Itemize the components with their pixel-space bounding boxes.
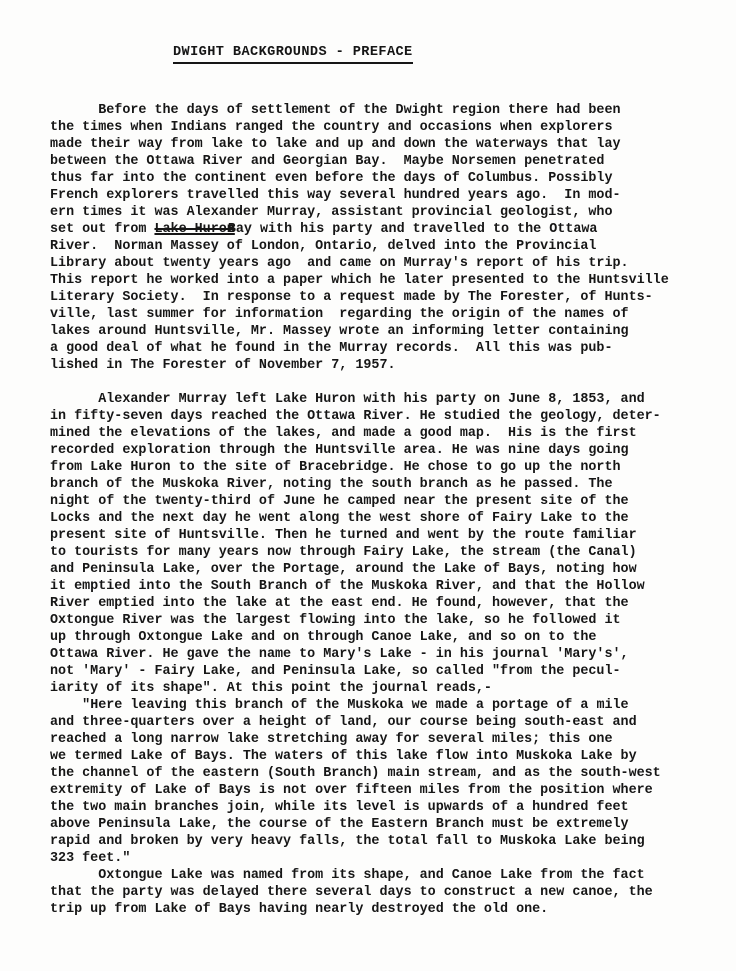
paragraph-1-text: Before the days of settlement of the Dwi… (50, 103, 621, 237)
paragraph-1-continuation: Bay with his party and travelled to the … (50, 222, 669, 373)
paragraph-1: Before the days of settlement of the Dwi… (50, 102, 702, 374)
paragraph-4: Oxtongue Lake was named from its shape, … (50, 867, 702, 918)
document-page: DWIGHT BACKGROUNDS - PREFACE Before the … (0, 0, 736, 971)
title-row: DWIGHT BACKGROUNDS - PREFACE (50, 44, 702, 102)
paragraph-3-journal-quote: "Here leaving this branch of the Muskoka… (50, 697, 702, 867)
document-title: DWIGHT BACKGROUNDS - PREFACE (173, 44, 413, 64)
struck-text-lake-huron: Lake Huron (154, 222, 234, 237)
paragraph-2: Alexander Murray left Lake Huron with hi… (50, 391, 702, 697)
